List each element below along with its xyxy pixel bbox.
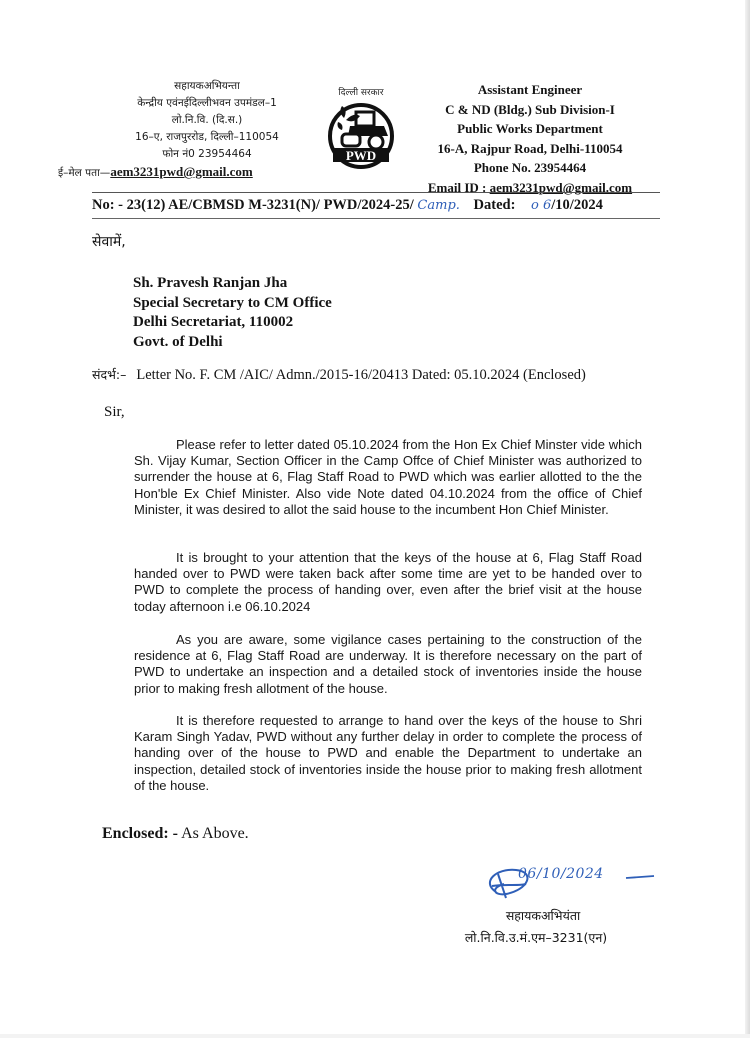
reference-line: No: - 23(12) AE/CBMSD M-3231(N)/ PWD/202… xyxy=(92,194,660,217)
paragraph-text: As you are aware, some vigilance cases p… xyxy=(134,632,642,697)
page-edge xyxy=(745,0,750,1038)
english-address: 16-A, Rajpur Road, Delhi-110054 xyxy=(414,139,646,159)
hindi-department: लो.नि.वि. (दि.स.) xyxy=(96,112,318,129)
hindi-phone: फोन नं0 23954464 xyxy=(96,146,318,163)
addressee-office: Delhi Secretariat, 110002 xyxy=(133,313,332,333)
subject-line: संदर्भ:–Letter No. F. CM /AIC/ Admn./201… xyxy=(92,366,586,384)
hindi-email-row: ई–मेल पता—aem3231pwd@gmail.com xyxy=(58,163,318,182)
english-division: C & ND (Bldg.) Sub Division-I xyxy=(414,100,646,120)
header-rule-bottom xyxy=(92,218,660,219)
addressee-govt: Govt. of Delhi xyxy=(133,333,332,353)
body-paragraph-3: As you are aware, some vigilance cases p… xyxy=(134,632,642,697)
body-paragraph-2: It is brought to your attention that the… xyxy=(134,550,642,615)
english-phone: Phone No. 23954464 xyxy=(414,158,646,178)
signatory-designation: सहायकअभियंता xyxy=(450,905,636,927)
hindi-email-label: ई–मेल पता— xyxy=(58,167,110,179)
reference-number: No: - 23(12) AE/CBMSD M-3231(N)/ PWD/202… xyxy=(92,197,414,213)
pwd-logo-icon: दिल्ली सरकार PWD xyxy=(320,84,402,184)
signatory-block: सहायकअभियंता लो.नि.वि.उ.मं.एम–3231(एन) xyxy=(436,905,636,949)
body-paragraph-4: It is therefore requested to arrange to … xyxy=(134,713,642,794)
letterhead-hindi: सहायकअभियन्ता केन्द्रीय एवंनईदिल्लीभवन उ… xyxy=(96,78,318,182)
body-paragraph-1: Please refer to letter dated 05.10.2024 … xyxy=(134,437,642,518)
subject-text: Letter No. F. CM /AIC/ Admn./2015-16/204… xyxy=(136,367,586,383)
page-bottom-edge xyxy=(0,1034,750,1038)
header-rule-top xyxy=(92,192,660,193)
paragraph-text: Please refer to letter dated 05.10.2024 … xyxy=(134,437,642,518)
hindi-designation: सहायकअभियन्ता xyxy=(96,78,318,95)
enclosure-text: As Above. xyxy=(178,825,249,842)
enclosure-label: Enclosed: - xyxy=(102,825,178,842)
signatory-office: लो.नि.वि.उ.मं.एम–3231(एन) xyxy=(436,927,636,949)
hindi-address: 16–ए, राजपुररोड, दिल्ली–110054 xyxy=(96,129,318,146)
signature-date: 06/10/2024 xyxy=(518,866,604,882)
reference-date-rest: /10/2024 xyxy=(551,197,603,213)
salutation-hindi: सेवामें, xyxy=(92,232,126,251)
english-department: Public Works Department xyxy=(414,119,646,139)
subject-label: संदर्भ:– xyxy=(92,367,126,382)
greeting: Sir, xyxy=(104,404,125,421)
letterhead-english: Assistant Engineer C & ND (Bldg.) Sub Di… xyxy=(414,80,646,197)
logo-text: PWD xyxy=(346,148,376,163)
hindi-email-link[interactable]: aem3231pwd@gmail.com xyxy=(110,164,252,179)
english-designation: Assistant Engineer xyxy=(414,80,646,100)
addressee-name: Sh. Pravesh Ranjan Jha xyxy=(133,274,332,294)
logo-top-text: दिल्ली सरकार xyxy=(338,86,383,98)
paragraph-text: It is therefore requested to arrange to … xyxy=(134,713,642,794)
paragraph-text: It is brought to your attention that the… xyxy=(134,550,642,615)
addressee-designation: Special Secretary to CM Office xyxy=(133,294,332,314)
enclosure-note: Enclosed: - As Above. xyxy=(102,825,249,843)
hindi-division: केन्द्रीय एवंनईदिल्लीभवन उपमंडल–1 xyxy=(96,95,318,112)
reference-handwritten: Camp. xyxy=(417,198,459,213)
addressee-block: Sh. Pravesh Ranjan Jha Special Secretary… xyxy=(133,274,332,352)
reference-day-handwritten: o 6 xyxy=(531,198,551,213)
reference-dated-label: Dated: xyxy=(474,197,516,213)
